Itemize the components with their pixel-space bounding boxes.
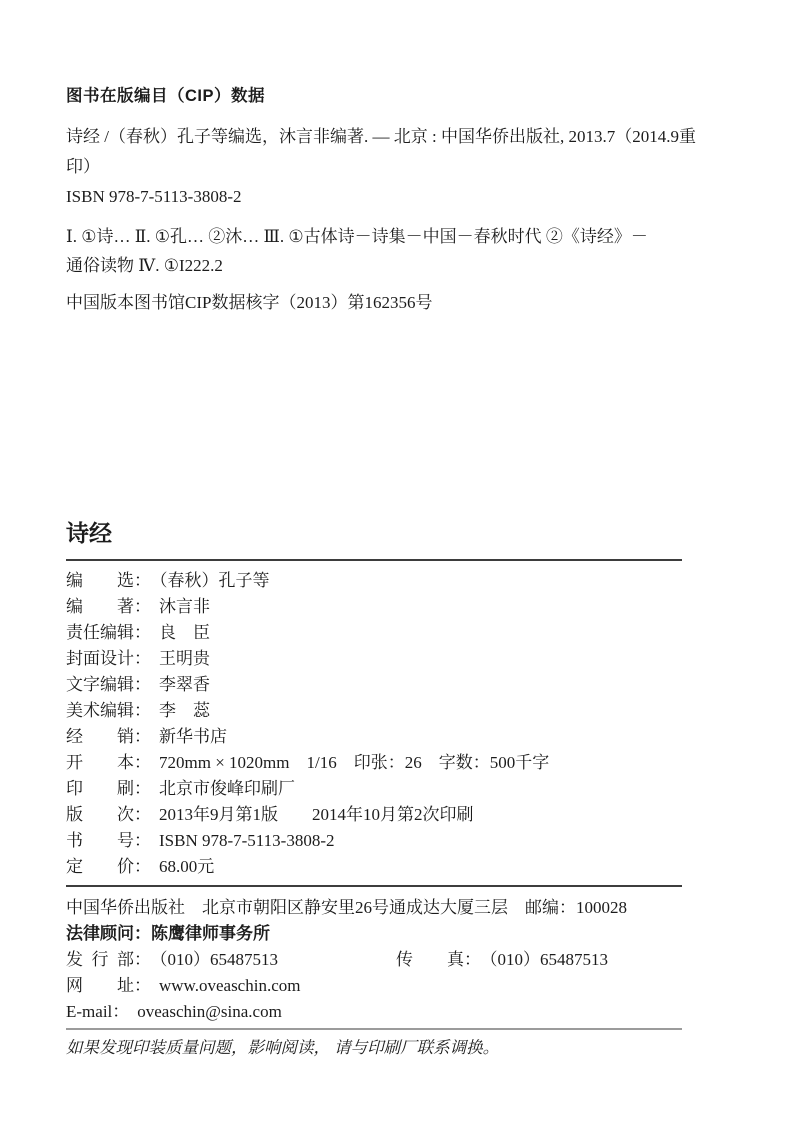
cip-section: 图书在版编目（CIP）数据 诗经 /（春秋）孔子等编选，沐言非编著. — 北京 … (66, 86, 718, 313)
colon: ： (134, 597, 151, 616)
row-label: 文字编辑 (66, 672, 134, 698)
colophon-list: 编选：（春秋）孔子等 编著：沐言非 责任编辑：良 臣 封面设计：王明贵 文字编辑… (66, 568, 682, 880)
legal-value: 陈鹰律师事务所 (151, 924, 270, 943)
row-label: 开本 (66, 750, 134, 776)
colon: ： (134, 831, 151, 850)
cip-record: 诗经 /（春秋）孔子等编选，沐言非编著. — 北京 : 中国华侨出版社, 201… (66, 122, 718, 212)
colon: ： (134, 649, 151, 668)
row-value: 新华书店 (159, 727, 227, 746)
book-title: 诗经 (66, 520, 682, 561)
colophon-row-edition: 版次：2013年9月第1版 2014年10月第2次印刷 (66, 802, 682, 828)
colon: ： (134, 805, 151, 824)
cip-verification-number: 中国版本图书馆CIP数据核字（2013）第162356号 (66, 293, 718, 313)
distribution-label: 发行部 (66, 947, 134, 973)
colophon-row-author: 编著：沐言非 (66, 594, 682, 620)
cip-class-line: 通俗读物 Ⅳ. ①I222.2 (66, 251, 718, 280)
colon: ： (112, 1002, 129, 1021)
colon: ： (134, 571, 151, 590)
colon: ： (134, 950, 151, 969)
fax-pair: 传真：（010）65487513 (396, 950, 608, 969)
cip-isbn-line: ISBN 978-7-5113-3808-2 (66, 182, 718, 212)
legal-label: 法律顾问 (66, 924, 134, 943)
row-label: 定价 (66, 854, 134, 880)
row-value: 李翠香 (159, 675, 210, 694)
colon: ： (134, 857, 151, 876)
row-label: 经销 (66, 724, 134, 750)
row-label: 印刷 (66, 776, 134, 802)
row-value: 沐言非 (159, 597, 210, 616)
row-value: 68.00元 (159, 857, 214, 876)
row-value: （春秋）孔子等 (159, 571, 270, 590)
email-line: E-mail：oveaschin@sina.com (66, 999, 682, 1025)
row-label: 责任编辑 (66, 620, 134, 646)
copyright-page: 图书在版编目（CIP）数据 诗经 /（春秋）孔子等编选，沐言非编著. — 北京 … (0, 0, 790, 1123)
row-value: 2013年9月第1版 2014年10月第2次印刷 (159, 805, 474, 824)
colon: ： (134, 924, 151, 943)
colophon-row-responsible-editor: 责任编辑：良 臣 (66, 620, 682, 646)
divider-rule-bottom (66, 1028, 682, 1030)
fax-label: 传真 (396, 947, 464, 973)
colophon-row-printing: 印刷：北京市俊峰印刷厂 (66, 776, 682, 802)
quality-note: 如果发现印装质量问题，影响阅读， 请与印刷厂联系调换。 (66, 1036, 682, 1060)
cip-header: 图书在版编目（CIP）数据 (66, 86, 718, 106)
publisher-address: 中国华侨出版社 北京市朝阳区静安里26号通成达大厦三层 邮编：100028 (66, 895, 682, 921)
colophon-row-art-editor: 美术编辑：李 蕊 (66, 698, 682, 724)
colon: ： (134, 779, 151, 798)
row-value: ISBN 978-7-5113-3808-2 (159, 831, 335, 850)
colon: ： (134, 753, 151, 772)
distribution-fax-line: 发行部：（010）65487513传真：（010）65487513 (66, 947, 682, 973)
row-value: 李 蕊 (159, 701, 210, 720)
website-line: 网址：www.oveaschin.com (66, 973, 682, 999)
colophon-row-price: 定价：68.00元 (66, 854, 682, 880)
website-url: www.oveaschin.com (159, 976, 300, 995)
row-value: 720mm × 1020mm 1/16 印张：26 字数：500千字 (159, 753, 549, 772)
legal-counsel-line: 法律顾问：陈鹰律师事务所 (66, 921, 682, 947)
row-label: 版次 (66, 802, 134, 828)
row-value: 良 臣 (159, 623, 210, 642)
colophon-row-distribution: 经销：新华书店 (66, 724, 682, 750)
row-label: 美术编辑 (66, 698, 134, 724)
row-label: 编著 (66, 594, 134, 620)
row-label: 书号 (66, 828, 134, 854)
colophon-row-editor-select: 编选：（春秋）孔子等 (66, 568, 682, 594)
colon: ： (134, 675, 151, 694)
email-address: oveaschin@sina.com (137, 1002, 282, 1021)
colophon-section: 诗经 编选：（春秋）孔子等 编著：沐言非 责任编辑：良 臣 封面设计：王明贵 文… (66, 520, 682, 1060)
colon: ： (134, 976, 151, 995)
website-label: 网址 (66, 973, 134, 999)
colophon-row-isbn: 书号：ISBN 978-7-5113-3808-2 (66, 828, 682, 854)
cip-class-line: Ⅰ. ①诗… Ⅱ. ①孔… ②沐… Ⅲ. ①古体诗－诗集－中国－春秋时代 ②《诗… (66, 222, 718, 251)
colophon-row-text-editor: 文字编辑：李翠香 (66, 672, 682, 698)
distribution-pair: 发行部：（010）65487513 (66, 947, 396, 973)
distribution-phone: （010）65487513 (159, 950, 278, 969)
colon: ： (134, 701, 151, 720)
fax-number: （010）65487513 (489, 950, 608, 969)
row-label: 编选 (66, 568, 134, 594)
cip-classification: Ⅰ. ①诗… Ⅱ. ①孔… ②沐… Ⅲ. ①古体诗－诗集－中国－春秋时代 ②《诗… (66, 222, 718, 280)
colophon-row-format: 开本：720mm × 1020mm 1/16 印张：26 字数：500千字 (66, 750, 682, 776)
cip-record-line: 诗经 /（春秋）孔子等编选，沐言非编著. — 北京 : 中国华侨出版社, 201… (66, 122, 718, 182)
colophon-row-cover-design: 封面设计：王明贵 (66, 646, 682, 672)
row-value: 北京市俊峰印刷厂 (159, 779, 295, 798)
publisher-section: 中国华侨出版社 北京市朝阳区静安里26号通成达大厦三层 邮编：100028 法律… (66, 887, 682, 1025)
row-value: 王明贵 (159, 649, 210, 668)
row-label: 封面设计 (66, 646, 134, 672)
colon: ： (134, 727, 151, 746)
email-label: E-mail (66, 999, 112, 1025)
colon: ： (134, 623, 151, 642)
colon: ： (464, 950, 481, 969)
